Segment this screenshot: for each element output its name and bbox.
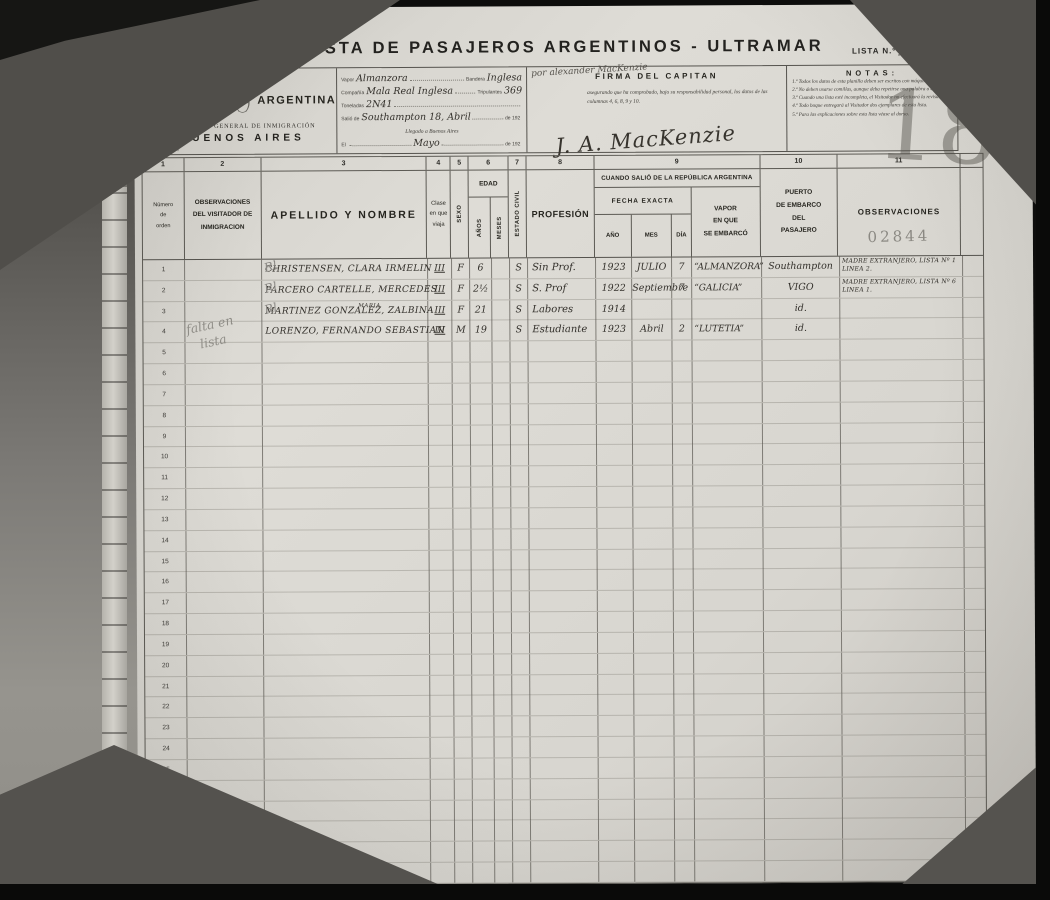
cell-visitor xyxy=(188,801,265,821)
cell-clase xyxy=(429,488,453,508)
cell-x xyxy=(963,256,985,276)
cell-sexo xyxy=(453,467,471,487)
cell-obs xyxy=(842,610,965,631)
cell-prof xyxy=(529,466,597,486)
cell-puerto xyxy=(764,590,842,610)
cell-name xyxy=(263,446,429,467)
cell-clase xyxy=(429,446,453,466)
cell-meses xyxy=(492,300,510,320)
cell-sexo: M xyxy=(452,321,470,341)
cell-name xyxy=(265,821,431,842)
cell-mes xyxy=(634,653,674,673)
cell-obs xyxy=(842,568,965,589)
cell-meses xyxy=(495,842,513,862)
cell-name xyxy=(264,613,430,634)
cell-puerto xyxy=(763,423,841,443)
cell-mes xyxy=(633,487,673,507)
cell-ano xyxy=(598,591,634,611)
header-vapor-embarco: VAPOR EN QUE SE EMBARCÓ xyxy=(692,187,760,256)
cell-obs xyxy=(843,756,966,777)
cell-x xyxy=(966,735,988,755)
cell-puerto xyxy=(765,777,843,797)
cell-name xyxy=(264,717,430,738)
cell-anos xyxy=(471,425,493,445)
column-number: 5 xyxy=(451,157,469,170)
header-anos: AÑOS xyxy=(469,197,491,257)
cell-n: 2 xyxy=(143,281,185,301)
cell-ano xyxy=(599,862,635,882)
cell-meses xyxy=(492,258,510,278)
photo-stage: Mulanse + LISTA DE PASAJEROS ARGENTINOS … xyxy=(0,0,1050,900)
cell-clase xyxy=(430,696,454,716)
cell-n: 17 xyxy=(145,593,187,613)
cell-n: 26 xyxy=(146,781,188,801)
cell-name xyxy=(264,696,430,717)
cell-n: 14 xyxy=(144,531,186,551)
coat-of-arms-icon xyxy=(232,83,253,119)
cell-dia xyxy=(673,528,693,548)
header-cuando-salio-label: CUANDO SALIÓ DE LA REPÚBLICA ARGENTINA xyxy=(595,169,760,188)
cell-mes xyxy=(633,507,673,527)
cell-clase xyxy=(431,821,455,841)
cell-dia xyxy=(673,466,693,486)
header-dia: DÍA xyxy=(672,214,691,256)
cell-x xyxy=(964,464,986,484)
cell-mes xyxy=(635,778,675,798)
cell-anos xyxy=(473,862,495,882)
cell-name xyxy=(264,571,430,592)
cell-puerto: id. xyxy=(762,319,840,339)
cell-mes xyxy=(635,757,675,777)
cell-name: CHRISTENSEN, CLARA IRMELIN xyxy=(262,259,428,280)
cell-obs xyxy=(840,339,963,360)
cell-mes xyxy=(635,799,675,819)
cell-obs xyxy=(842,673,965,694)
salio-value: Southampton 18, Abril xyxy=(361,113,470,123)
cell-ano xyxy=(597,445,633,465)
cell-meses xyxy=(493,404,511,424)
cell-prof xyxy=(531,799,599,819)
cell-prof xyxy=(529,383,597,403)
serial-number-stamp: 02844 xyxy=(868,227,931,246)
cell-estado xyxy=(512,633,530,653)
cell-vapor xyxy=(695,757,765,777)
cell-n: 27 xyxy=(146,802,188,822)
cell-meses xyxy=(493,446,511,466)
cell-puerto xyxy=(763,361,841,381)
cell-meses xyxy=(494,550,512,570)
toneladas-label: Toneladas xyxy=(341,103,364,109)
cell-dia: 7 xyxy=(672,257,692,277)
cell-puerto xyxy=(764,611,842,631)
cell-prof xyxy=(530,612,598,632)
cell-n: 19 xyxy=(145,635,187,655)
photo-frame-bottom xyxy=(0,884,1050,900)
cell-clase xyxy=(429,467,453,487)
cell-name xyxy=(265,800,431,821)
cell-x xyxy=(965,714,987,734)
cell-sexo xyxy=(455,758,473,778)
cell-sexo: F xyxy=(452,279,470,299)
vapor-value: Almanzora xyxy=(356,74,408,83)
cell-mes xyxy=(633,528,673,548)
cell-sexo xyxy=(453,363,471,383)
cell-ano xyxy=(599,820,635,840)
binding-mark xyxy=(102,833,127,867)
cell-clase xyxy=(431,842,455,862)
cell-meses xyxy=(495,821,513,841)
cell-vapor xyxy=(694,694,764,714)
header-edad-label: EDAD xyxy=(469,170,508,197)
header-observaciones-visitador: OBSERVACIONES DEL VISITADOR DE INMIGRACI… xyxy=(184,172,261,259)
header-edad: EDAD AÑOS MESES xyxy=(469,170,509,257)
document-page: Mulanse + LISTA DE PASAJEROS ARGENTINOS … xyxy=(134,4,1037,887)
cell-ano xyxy=(597,362,633,382)
cell-meses xyxy=(494,633,512,653)
cell-puerto xyxy=(763,382,841,402)
cell-estado xyxy=(511,467,529,487)
cell-puerto xyxy=(765,819,843,839)
cell-anos xyxy=(472,613,494,633)
cell-vapor xyxy=(692,299,762,319)
cell-sexo: F xyxy=(452,259,470,279)
cell-x xyxy=(964,402,986,422)
cell-estado xyxy=(512,696,530,716)
cell-anos xyxy=(473,758,495,778)
cell-dia: 2 xyxy=(672,320,692,340)
cell-n: 20 xyxy=(145,656,187,676)
table-body: 1RlCHRISTENSEN, CLARA IRMELINIIIF6SSin P… xyxy=(143,256,986,885)
cell-ano xyxy=(596,341,632,361)
cell-clase xyxy=(431,800,455,820)
cell-visitor xyxy=(187,676,264,696)
cell-dia xyxy=(674,612,694,632)
cell-dia xyxy=(673,424,693,444)
cell-vapor xyxy=(695,736,765,756)
cell-clase xyxy=(430,675,454,695)
cell-x xyxy=(964,506,986,526)
cell-sexo xyxy=(453,384,471,404)
cell-x xyxy=(964,360,986,380)
column-number: 7 xyxy=(509,156,527,169)
cell-x xyxy=(964,527,986,547)
cell-prof xyxy=(529,362,597,382)
cell-visitor xyxy=(188,780,265,800)
cell-prof xyxy=(529,404,597,424)
cell-obs xyxy=(843,818,966,839)
cell-estado xyxy=(510,342,528,362)
cell-x xyxy=(963,318,985,338)
cell-visitor xyxy=(188,822,265,842)
cell-clase xyxy=(430,613,454,633)
cell-ano xyxy=(599,778,635,798)
cell-estado xyxy=(511,425,529,445)
cell-ano: 1923 xyxy=(596,320,632,340)
cell-ano xyxy=(597,487,633,507)
cell-x xyxy=(965,547,987,567)
cell-clase xyxy=(430,654,454,674)
cell-estado xyxy=(512,592,530,612)
cell-name xyxy=(265,842,431,863)
cell-prof: Estudiante xyxy=(528,320,596,340)
cell-clase xyxy=(429,363,453,383)
cell-estado xyxy=(513,758,531,778)
cell-puerto xyxy=(765,798,843,818)
cell-dia xyxy=(675,757,695,777)
cell-x xyxy=(966,756,988,776)
cell-obs xyxy=(843,777,966,798)
cell-obs xyxy=(841,464,964,485)
header-ano: AÑO xyxy=(595,215,632,257)
cell-meses xyxy=(494,571,512,591)
cell-ano: 1923 xyxy=(596,258,632,278)
cell-x xyxy=(965,589,987,609)
name-superscript: MARIA xyxy=(358,296,380,316)
cell-name xyxy=(264,655,430,676)
cell-vapor xyxy=(692,340,762,360)
cell-visitor xyxy=(187,551,264,571)
header-clase: Clase en que viaja xyxy=(427,171,451,258)
cell-meses xyxy=(494,675,512,695)
cell-anos xyxy=(472,654,494,674)
cell-name xyxy=(264,550,430,571)
cell-prof xyxy=(530,591,598,611)
cell-anos: 21 xyxy=(470,300,492,320)
cell-meses xyxy=(495,862,513,882)
cell-obs: MADRE EXTRANJERO, LISTA Nº 6 LINEA 1. xyxy=(840,277,963,298)
cell-x xyxy=(963,298,985,318)
header-profesion: PROFESIÓN xyxy=(527,170,595,257)
cell-prof xyxy=(530,633,598,653)
cell-visitor xyxy=(187,593,264,613)
cell-sexo xyxy=(453,488,471,508)
cell-puerto xyxy=(764,569,842,589)
cell-anos: 19 xyxy=(470,321,492,341)
cell-vapor xyxy=(695,799,765,819)
cell-anos xyxy=(473,779,495,799)
notas-list: 1.ª Todos los datos de esta planilla deb… xyxy=(792,77,952,119)
cell-meses xyxy=(492,321,510,341)
cell-visitor xyxy=(187,718,264,738)
cell-sexo xyxy=(455,779,473,799)
cell-dia xyxy=(674,591,694,611)
cell-x xyxy=(965,631,987,651)
cell-dia xyxy=(674,653,694,673)
cell-mes xyxy=(632,299,672,319)
cell-visitor xyxy=(186,447,263,467)
cell-puerto xyxy=(763,465,841,485)
photo-frame-right xyxy=(1036,0,1050,900)
cell-x xyxy=(966,818,988,838)
table-header-row: Número de orden OBSERVACIONES DEL VISITA… xyxy=(143,168,983,260)
cell-x xyxy=(965,568,987,588)
cell-n: 1 xyxy=(143,260,185,280)
cell-sexo xyxy=(454,696,472,716)
cell-dia xyxy=(675,841,695,861)
cell-x xyxy=(964,485,986,505)
cell-dia xyxy=(674,674,694,694)
cell-visitor xyxy=(186,489,263,509)
cell-anos xyxy=(473,800,495,820)
cell-dia xyxy=(673,382,693,402)
agency-republica: REPÚBLICA xyxy=(149,95,227,107)
cell-obs xyxy=(843,839,966,860)
cell-visitor xyxy=(186,530,263,550)
cell-meses xyxy=(493,383,511,403)
cell-puerto: id. xyxy=(762,298,840,318)
cell-estado xyxy=(511,508,529,528)
cell-estado xyxy=(511,383,529,403)
cell-visitor: Rl xyxy=(185,281,262,301)
column-number: 8 xyxy=(527,156,595,169)
cell-mes xyxy=(633,403,673,423)
cell-prof xyxy=(531,862,599,882)
cell-anos xyxy=(472,633,494,653)
cell-obs xyxy=(843,798,966,819)
cell-meses xyxy=(492,279,510,299)
cell-prof xyxy=(530,550,598,570)
cell-anos xyxy=(472,592,494,612)
cell-name xyxy=(263,509,429,530)
cell-clase xyxy=(429,384,453,404)
cell-prof xyxy=(529,425,597,445)
cell-obs xyxy=(841,381,964,402)
cell-anos xyxy=(471,446,493,466)
cell-sexo xyxy=(453,509,471,529)
cell-ano xyxy=(598,612,634,632)
column-number: 4 xyxy=(427,157,451,170)
column-number xyxy=(961,154,983,167)
cell-anos xyxy=(471,488,493,508)
cell-prof: Sin Prof. xyxy=(528,258,596,278)
cell-estado xyxy=(513,841,531,861)
cell-estado xyxy=(512,612,530,632)
cell-vapor xyxy=(693,465,763,485)
cell-visitor xyxy=(188,739,265,759)
cell-dia xyxy=(672,341,692,361)
cell-prof xyxy=(531,841,599,861)
cell-dia xyxy=(672,299,692,319)
cell-vapor xyxy=(695,819,765,839)
de192-label: de 192 xyxy=(505,115,520,121)
cell-estado xyxy=(513,821,531,841)
cell-mes xyxy=(633,383,673,403)
bandera-label: Bandera xyxy=(466,77,485,83)
cell-vapor xyxy=(695,861,765,881)
cell-vapor xyxy=(694,549,764,569)
cell-sexo xyxy=(454,613,472,633)
cell-puerto xyxy=(763,507,841,527)
cell-puerto xyxy=(765,757,843,777)
cell-ano xyxy=(598,674,634,694)
cell-anos: 2½ xyxy=(470,279,492,299)
cell-dia xyxy=(673,445,693,465)
cell-meses xyxy=(493,467,511,487)
cell-estado xyxy=(513,862,531,882)
cell-x xyxy=(963,277,985,297)
cell-sexo xyxy=(455,800,473,820)
cell-x xyxy=(963,339,985,359)
cell-mes xyxy=(634,674,674,694)
lista-number: LISTA N.º 82 xyxy=(852,42,942,55)
cell-name: MARTINEZ GONZALEZ, ZALBINAMARIA xyxy=(262,300,428,321)
cell-ano xyxy=(597,404,633,424)
cell-puerto xyxy=(763,402,841,422)
cell-dia xyxy=(674,716,694,736)
cell-mes xyxy=(633,445,673,465)
cell-mes xyxy=(635,737,675,757)
cell-name xyxy=(263,488,429,509)
ship-form: Vapor Almanzora Bandera Inglesa Compañía… xyxy=(337,67,527,153)
cell-anos xyxy=(473,842,495,862)
cell-prof xyxy=(528,341,596,361)
cell-prof: S. Prof xyxy=(528,279,596,299)
cell-ano xyxy=(598,716,634,736)
cell-ano xyxy=(598,653,634,673)
cell-n: 29 xyxy=(146,843,188,863)
cell-meses xyxy=(492,342,510,362)
cell-vapor xyxy=(694,674,764,694)
cell-obs xyxy=(843,860,966,881)
cell-clase xyxy=(430,550,454,570)
cell-clase xyxy=(431,738,455,758)
cell-n: 6 xyxy=(144,364,186,384)
cell-visitor xyxy=(187,572,264,592)
cell-ano xyxy=(597,466,633,486)
bandera-value: Inglesa xyxy=(487,73,522,82)
cell-name: LORENZO, FERNANDO SEBASTIAN xyxy=(262,321,428,342)
cell-n: 22 xyxy=(145,697,187,717)
cell-x xyxy=(965,610,987,630)
cell-anos xyxy=(471,508,493,528)
cell-visitor: Rl xyxy=(185,260,262,280)
cell-x xyxy=(966,797,988,817)
column-number: 1 xyxy=(142,158,184,171)
captain-legal-text: asegurando que ha comprobado, bajo su re… xyxy=(587,88,778,106)
cell-visitor xyxy=(188,843,265,863)
agency-direccion: DIRECCION GENERAL DE INMIGRACIÓN xyxy=(149,122,336,130)
cell-estado: S xyxy=(510,321,528,341)
cell-meses xyxy=(494,592,512,612)
cell-mes xyxy=(634,695,674,715)
cell-estado xyxy=(512,654,530,674)
cell-name xyxy=(263,363,429,384)
cell-anos xyxy=(471,529,493,549)
cell-estado xyxy=(511,362,529,382)
cell-sexo xyxy=(454,634,472,654)
toneladas-value: 2N41 xyxy=(366,100,392,109)
cell-visitor xyxy=(188,864,265,884)
cell-mes xyxy=(635,841,675,861)
cell-prof xyxy=(531,779,599,799)
cell-clase xyxy=(431,779,455,799)
cell-name: PARCERO CARTELLE, MERCEDES xyxy=(262,280,428,301)
binding-mark xyxy=(102,125,127,187)
cell-vapor: “LUTETIA” xyxy=(692,320,762,340)
captain-signature: J. A. MacKenzie xyxy=(555,121,737,158)
cell-vapor xyxy=(693,361,763,381)
cell-dia xyxy=(674,570,694,590)
cell-mes xyxy=(634,612,674,632)
cell-obs xyxy=(843,735,966,756)
cell-meses xyxy=(493,508,511,528)
header-sexo: SEXO xyxy=(451,171,469,258)
cell-prof xyxy=(529,445,597,465)
notas-block: NOTAS: 1.ª Todos los datos de esta plani… xyxy=(787,65,957,151)
llegada-value: Mayo xyxy=(413,139,440,148)
cell-puerto xyxy=(763,444,841,464)
header-meses: MESES xyxy=(491,197,508,257)
